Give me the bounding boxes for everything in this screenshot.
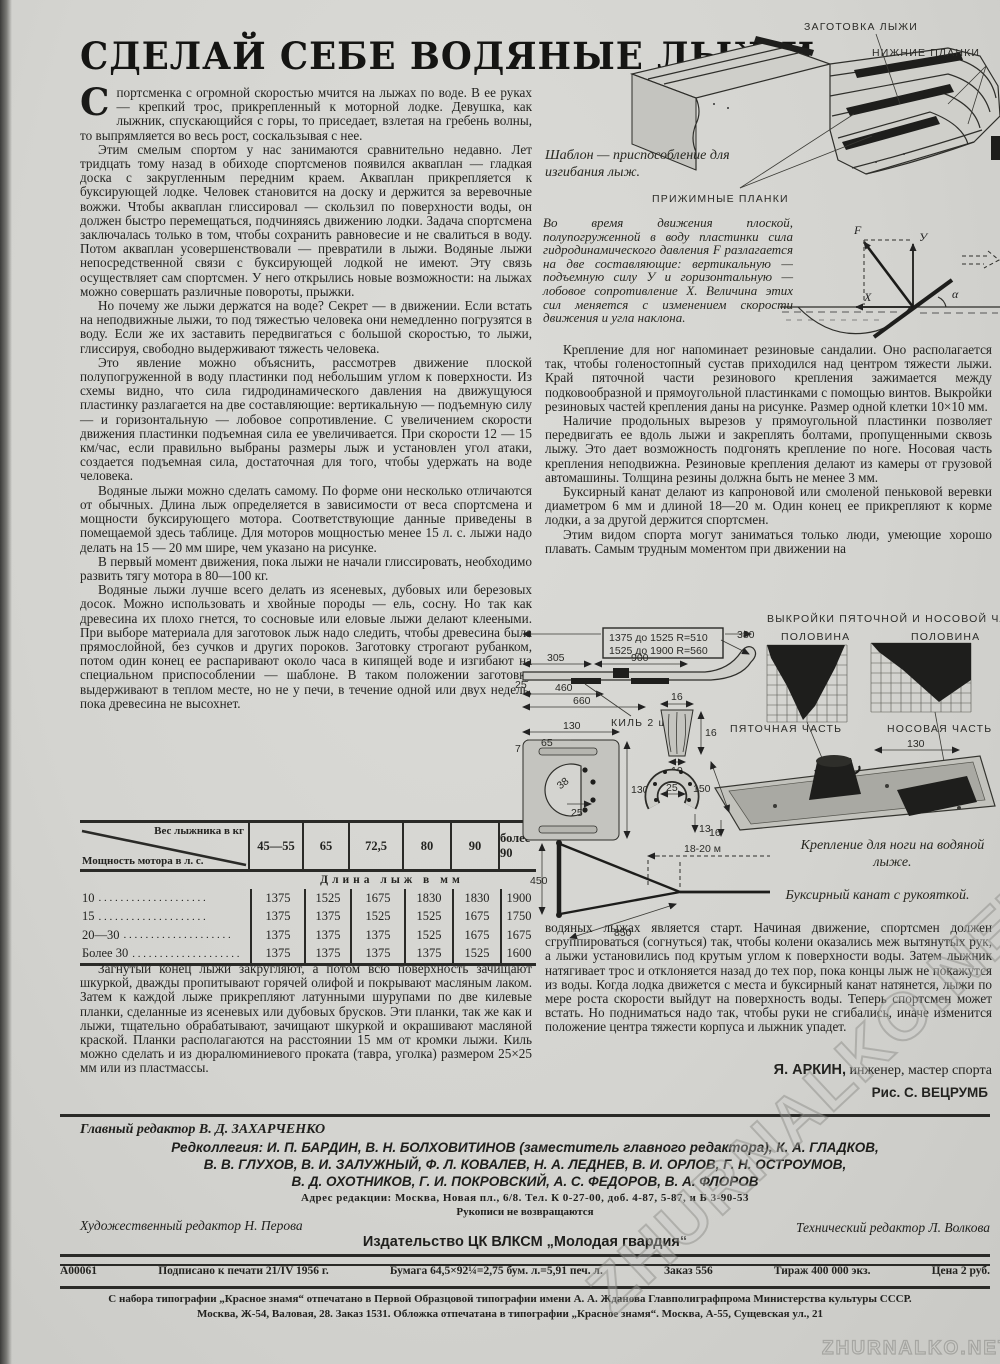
column-header: 90 [450, 823, 498, 869]
dim-450: 450 [530, 875, 548, 887]
dim-18-20m: 18-20 м [684, 843, 721, 855]
column-header: 45—55 [248, 823, 302, 869]
toe-part-label: НОСОВАЯ ЧАСТЬ [887, 723, 992, 735]
force-diagram: F У X α [780, 210, 1000, 346]
dot-leader: . . . . . . . . . . . . . . . . . . . . [99, 911, 247, 923]
divider [60, 1286, 990, 1289]
binding-caption: Крепление для ноги на водяной лыже. [790, 838, 995, 871]
ski-length-table: Вес лыжника в кг Мощность мотора в л. с.… [80, 820, 536, 966]
manuscripts-note: Рукописи не возвращаются [60, 1206, 990, 1218]
page-title: СДЕЛАЙ СЕБЕ ВОДЯНЫЕ ЛЫЖИ [80, 34, 656, 78]
imprint-signed: Подписано к печати 21/IV 1956 г. [158, 1265, 329, 1277]
half-label-left: ПОЛОВИНА [781, 631, 850, 643]
magazine-page: СДЕЛАЙ СЕБЕ ВОДЯНЫЕ ЛЫЖИ Спортсменка с о… [0, 0, 1000, 1364]
radius-spec-1: 1375 до 1525 R=510 [609, 632, 708, 644]
table-row: 15. . . . . . . . . . . . . . . . . . . … [80, 908, 536, 927]
template-caption: Шаблон — приспособление для изгибания лы… [545, 148, 757, 181]
paragraph: Но почему же лыжи держатся на воде? Секр… [80, 299, 532, 356]
dot-leader: . . . . . . . . . . . . . . . . . . . . [132, 948, 246, 960]
paragraph: В первый момент движения, пока лыжи не н… [80, 555, 532, 583]
table-corner-cell: Вес лыжника в кг Мощность мотора в л. с. [80, 823, 248, 869]
patterns-header: ВЫКРОЙКИ ПЯТОЧНОЙ И НОСОВОЙ ЧАСТЕЙ [767, 612, 1000, 625]
heel-rubber-pattern [767, 645, 845, 720]
table-cell: 1375 [304, 908, 350, 927]
table-cell: 1675 [350, 889, 404, 908]
dim-460: 460 [555, 682, 573, 694]
artist-credit: Рис. С. ВЕЦРУМБ [545, 1085, 992, 1100]
table-cell: 1525 [304, 889, 350, 908]
dim-plate-65: 65 [541, 737, 553, 749]
table-row: 10. . . . . . . . . . . . . . . . . . . … [80, 889, 536, 908]
row-label-text: 20—30 [82, 928, 120, 943]
row-label: 15. . . . . . . . . . . . . . . . . . . … [80, 908, 250, 927]
imprint-code: А00061 [60, 1265, 97, 1277]
vector-x-label: X [863, 290, 872, 304]
imprint-paper: Бумага 64,5×92¼=2,75 бум. л.=5,91 печ. л… [390, 1265, 603, 1277]
table-cell: 1375 [250, 889, 304, 908]
dim-150: 150 [693, 783, 711, 795]
dim-plate-7: 7 [515, 743, 521, 755]
row-label-text: 15 [82, 909, 95, 924]
dim-380: 380 [737, 629, 755, 641]
table-cell: 1830 [452, 889, 500, 908]
half-label-right: ПОЛОВИНА [911, 631, 980, 643]
divider [60, 1114, 990, 1117]
bending-template-figure: ЗАГОТОВКА ЛЫЖИ НИЖНИЕ ПЛАНКИ ПРИЖИМНЫЕ П… [618, 12, 1000, 214]
colophon-line: Москва, Ж-54, Валовая, 28. Заказ 1531. О… [30, 1308, 990, 1320]
imprint-row: А00061 Подписано к печати 21/IV 1956 г. … [60, 1265, 990, 1277]
dot-leader: . . . . . . . . . . . . . . . . . . . . [99, 892, 247, 904]
rope-caption: Буксирный канат с рукояткой. [760, 888, 995, 905]
table-cell: 1525 [404, 926, 452, 945]
row-label: 10. . . . . . . . . . . . . . . . . . . … [80, 889, 250, 908]
dim-305: 305 [547, 652, 565, 664]
heel-part-label: ПЯТОЧНАЯ ЧАСТЬ [730, 723, 842, 735]
editorial-board-line: В. Д. ОХОТНИКОВ, Г. И. ПОКРОВСКИЙ, А. С.… [60, 1174, 990, 1189]
left-column-continued: Загнутый конец лыжи закругляют, а потом … [80, 962, 532, 1076]
table-cell: 1375 [250, 926, 304, 945]
paragraph: водяных лыжах является старт. Начиная дв… [545, 921, 992, 1035]
ski-drawings-figure: ВЫКРОЙКИ ПЯТОЧНОЙ И НОСОВОЙ ЧАСТЕЙ 1375 … [515, 610, 1000, 847]
imprint-order: Заказ 556 [664, 1265, 713, 1277]
left-column: Спортсменка с огромной скоростью мчится … [80, 86, 532, 711]
table-cell: 1525 [404, 908, 452, 927]
radius-spec-2: 1525 до 1900 R=560 [609, 645, 708, 657]
column-header: 72,5 [348, 823, 402, 869]
imprint-price: Цена 2 руб. [932, 1265, 990, 1277]
dim-plate-25: 25 [571, 807, 583, 819]
row-label: 20—30. . . . . . . . . . . . . . . . . .… [80, 926, 250, 945]
vector-y-label: У [919, 230, 929, 244]
byline: Я. АРКИН, инженер, мастер спорта Рис. С.… [545, 1062, 992, 1100]
paragraph: Наличие продольных вырезов у прямоугольн… [545, 414, 992, 485]
vector-f-label: F [853, 223, 862, 237]
force-diagram-caption: Во время движения плоской, полупогруженн… [543, 216, 793, 325]
watermark-small: ZHURNALKO.NET [822, 1338, 1000, 1360]
editorial-board-line: В. В. ГЛУХОВ, В. И. ЗАЛУЖНЫЙ, Ф. Л. КОВА… [60, 1157, 990, 1172]
corner-label-power: Мощность мотора в л. с. [82, 855, 204, 867]
table-cell: 1830 [404, 889, 452, 908]
right-column-continued: водяных лыжах является старт. Начиная дв… [545, 921, 992, 1035]
paragraph: Загнутый конец лыжи закругляют, а потом … [80, 962, 532, 1076]
paragraph: Крепление для ног напоминает резиновые с… [545, 343, 992, 414]
dim-660: 660 [573, 695, 591, 707]
dim-shoe-25: 25 [666, 782, 678, 794]
dim-keel-16-side: 16 [705, 727, 717, 739]
row-label-text: 10 [82, 891, 95, 906]
editorial-board-line: Редколлегия: И. П. БАРДИН, В. Н. БОЛХОВИ… [60, 1140, 990, 1155]
paragraph: Водяные лыжи можно сделать самому. По фо… [80, 484, 532, 555]
dim-plate-130-top: 130 [563, 720, 581, 732]
author-name: Я. АРКИН, [774, 1062, 846, 1078]
imprint-circulation: Тираж 400 000 экз. [774, 1265, 871, 1277]
chief-editor-line: Главный редактор В. Д. ЗАХАРЧЕНКО [80, 1122, 990, 1138]
angle-alpha-label: α [952, 287, 959, 301]
column-header: 65 [302, 823, 348, 869]
dim-900: 900 [631, 652, 649, 664]
editorial-address: Адрес редакции: Москва, Новая пл., 6/8. … [60, 1192, 990, 1204]
table-cell: 1675 [452, 926, 500, 945]
row-label-text: Более 30 [82, 946, 128, 961]
dot-leader: . . . . . . . . . . . . . . . . . . . . [124, 929, 247, 941]
scan-gutter-shadow [0, 0, 12, 1364]
dim-25-edge: 25 [515, 679, 527, 691]
paragraph: Водяные лыжи лучше всего делать из ясене… [80, 583, 532, 711]
paragraph: Это явление можно объяснить, рассмотрев … [80, 356, 532, 484]
publisher-line: Издательство ЦК ВЛКСМ „Молодая гвардия“ [60, 1234, 990, 1250]
table-row: 20—30. . . . . . . . . . . . . . . . . .… [80, 926, 536, 945]
table-cell: 1375 [304, 926, 350, 945]
paragraph: Этим смелым спортом у нас занимаются сра… [80, 143, 532, 299]
label-lower-battens: НИЖНИЕ ПЛАНКИ [872, 47, 980, 59]
corner-label-weight: Вес лыжника в кг [154, 825, 244, 837]
colophon-line: С набора типографии „Красное знамя“ отпе… [30, 1293, 990, 1305]
dim-130-toe: 130 [907, 738, 925, 750]
paragraph: Спортсменка с огромной скоростью мчится … [80, 86, 532, 143]
dim-keel-16-top: 16 [671, 691, 683, 703]
table-cell: 1375 [350, 926, 404, 945]
table-cell: 1375 [250, 908, 304, 927]
label-clamp-battens: ПРИЖИМНЫЕ ПЛАНКИ [652, 193, 789, 205]
right-column: Крепление для ног напоминает резиновые с… [545, 343, 992, 556]
author-role: инженер, мастер спорта [846, 1063, 992, 1078]
label-ski-blank: ЗАГОТОВКА ЛЫЖИ [804, 21, 918, 33]
table-header-row: Вес лыжника в кг Мощность мотора в л. с.… [80, 823, 536, 872]
table-span-header: Длина лыж в мм [80, 872, 536, 889]
paragraph: Этим видом спорта могут заниматься тольк… [545, 528, 992, 556]
table-cell: 1525 [350, 908, 404, 927]
column-header: 80 [402, 823, 450, 869]
table-cell: 1675 [452, 908, 500, 927]
paragraph: Буксирный канат делают из капроновой или… [545, 485, 992, 528]
